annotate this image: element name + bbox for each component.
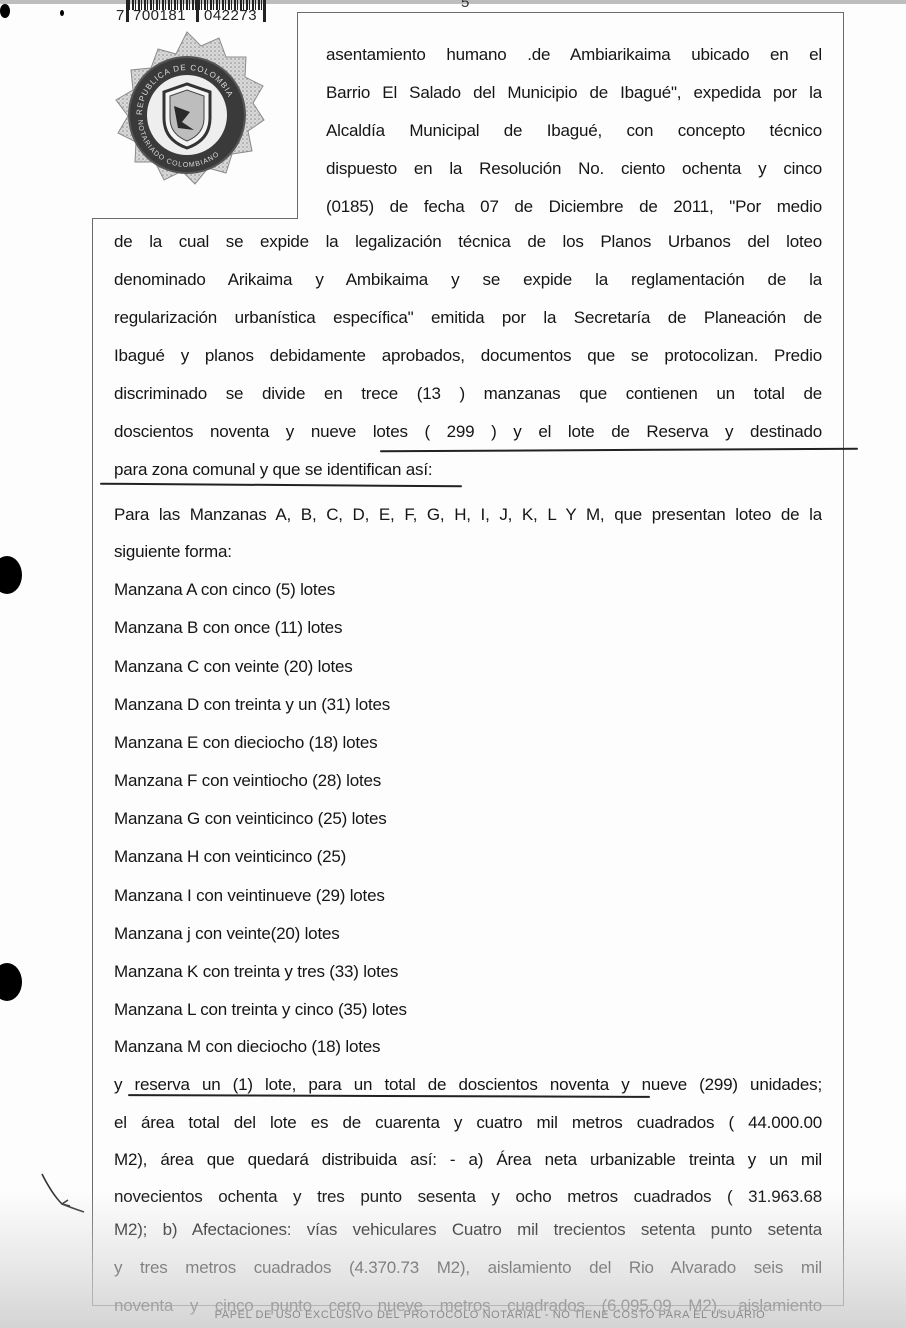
manzana-item: Manzana E con dieciocho (18) lotes [114, 733, 377, 753]
text-line: (0185) de fecha 07 de Diciembre de 2011,… [326, 197, 822, 221]
text-line: regularización urbanística específica" e… [114, 308, 822, 332]
frame-border-top [297, 12, 844, 13]
handwritten-underline [380, 448, 858, 453]
barcode-digit-group-2: 042273 [204, 7, 257, 24]
page-number: 5 [461, 0, 469, 11]
notary-seal-icon: REPUBLICA DE COLOMBIA NOTARIADO COLOMBIA… [98, 26, 276, 204]
text-line: discriminado se divide en trece (13 ) ma… [114, 384, 822, 408]
frame-border-step [92, 218, 298, 219]
text-line: novecientos ochenta y tres punto sesenta… [114, 1187, 822, 1211]
barcode-guard [196, 0, 199, 22]
manzana-item: Manzana C con veinte (20) lotes [114, 657, 353, 677]
text-line: Para las Manzanas A, B, C, D, E, F, G, H… [114, 505, 822, 529]
manzana-item: Manzana H con veinticinco (25) [114, 847, 346, 867]
text-line: siguiente forma: [114, 542, 232, 562]
punch-hole [0, 4, 10, 18]
text-line: de la cual se expide la legalización téc… [114, 232, 822, 256]
frame-border-left [92, 218, 93, 1305]
text-line: M2); b) Afectaciones: vías vehiculares C… [114, 1220, 822, 1244]
manzana-item: Manzana K con treinta y tres (33) lotes [114, 962, 398, 982]
barcode-guard [263, 0, 266, 22]
text-line: asentamiento humano .de Ambiarikaima ubi… [326, 45, 822, 69]
manzana-item: Manzana M con dieciocho (18) lotes [114, 1037, 380, 1057]
barcode-guard [126, 0, 129, 22]
footer-note: PAPEL DE USO EXCLUSIVO DEL PROTOCOLO NOT… [170, 1309, 810, 1321]
manzana-item: Manzana B con once (11) lotes [114, 618, 342, 638]
text-line: dispuesto en la Resolución No. ciento oc… [326, 159, 822, 183]
punch-hole [60, 10, 64, 16]
handwritten-underline [100, 483, 462, 488]
manzana-item: Manzana I con veintinueve (29) lotes [114, 886, 385, 906]
text-line: Barrio El Salado del Municipio de Ibagué… [326, 83, 822, 107]
frame-border-right [843, 12, 844, 1305]
manzana-item: Manzana D con treinta y un (31) lotes [114, 695, 390, 715]
manzana-item: Manzana j con veinte(20) lotes [114, 924, 340, 944]
handwritten-arrow-icon [38, 1170, 88, 1220]
barcode-digit-group-1: 700181 [133, 7, 186, 24]
text-line: Ibagué y planos debidamente aprobados, d… [114, 346, 822, 370]
text-line: para zona comunal y que se identifican a… [114, 460, 432, 480]
barcode-digit-prefix: 7 [116, 7, 125, 24]
manzana-item: Manzana L con treinta y cinco (35) lotes [114, 1000, 407, 1020]
text-line: Alcaldía Municipal de Ibagué, con concep… [326, 121, 822, 145]
text-line: y tres metros cuadrados (4.370.73 M2), a… [114, 1258, 822, 1282]
scanned-notarial-page: 7 700181 042273 5 REPUBLICA DE COLOMBIA [0, 0, 906, 1328]
text-line: denominado Arikaima y Ambikaima y se exp… [114, 270, 822, 294]
manzana-item: Manzana F con veintiocho (28) lotes [114, 771, 381, 791]
text-line: el área total del lote es de cuarenta y … [114, 1113, 822, 1137]
text-line: doscientos noventa y nueve lotes ( 299 )… [114, 422, 822, 446]
text-line: M2), área que quedará distribuida así: -… [114, 1150, 822, 1174]
manzana-item: Manzana A con cinco (5) lotes [114, 580, 335, 600]
punch-hole [0, 556, 22, 594]
barcode: 7 700181 042273 [116, 0, 266, 26]
frame-border-inner-left [297, 12, 298, 219]
manzana-item: Manzana G con veinticinco (25) lotes [114, 809, 387, 829]
punch-hole [0, 963, 22, 1001]
